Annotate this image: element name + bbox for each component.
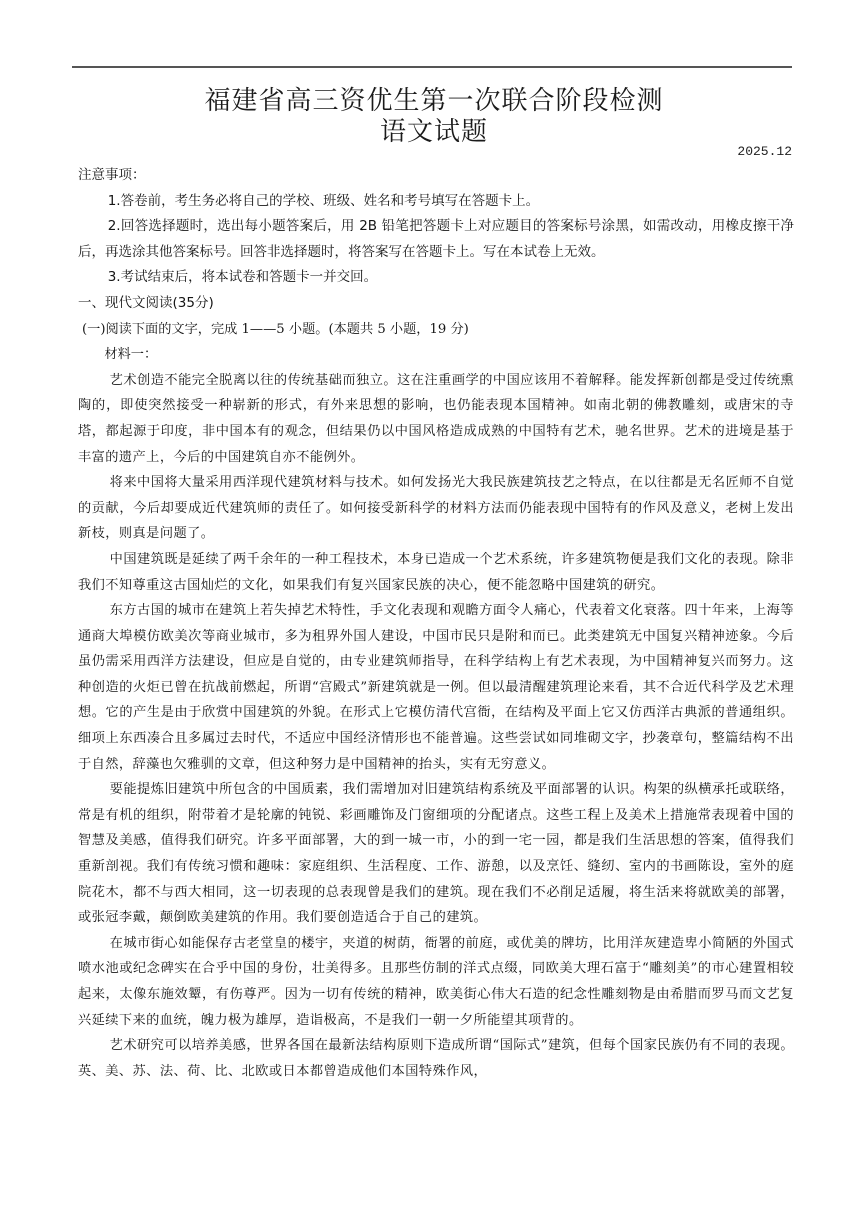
body-paragraph: 艺术创造不能完全脱离以往的传统基础而独立。这在注重画学的中国应该用不着解释。能发… [78,368,794,470]
body-paragraph: 要能提炼旧建筑中所包含的中国质素，我们需增加对旧建筑结构系统及平面部署的认识。构… [78,777,794,931]
document-body: 注意事项： 1.答卷前，考生务必将自己的学校、班级、姓名和考号填写在答题卡上。 … [78,163,794,1084]
notice-item: 2.回答选择题时，选出每小题答案后，用 2B 铅笔把答题卡上对应题目的答案标号涂… [78,214,794,265]
document-subtitle: 语文试题 [0,111,868,148]
body-paragraph: 将来中国将大量采用西洋现代建筑材料与技术。如何发扬光大我民族建筑技艺之特点，在以… [78,470,794,547]
body-paragraph: 中国建筑既是延续了两千余年的一种工程技术，本身已造成一个艺术系统，许多建筑物便是… [78,547,794,598]
body-paragraph: 在城市街心如能保存古老堂皇的楼宇，夹道的树荫，衙署的前庭，或优美的牌坊，比用洋灰… [78,931,794,1033]
body-paragraph: 艺术研究可以培养美感，世界各国在最新法结构原则下造成所谓“国际式”建筑，但每个国… [78,1033,794,1084]
subsection-heading: (一)阅读下面的文字，完成 1——5 小题。(本题共 5 小题，19 分) [78,317,794,343]
notice-item: 1.答卷前，考生务必将自己的学校、班级、姓名和考号填写在答题卡上。 [78,189,794,215]
exam-page: 福建省高三资优生第一次联合阶段检测 语文试题 2025.12 注意事项： 1.答… [0,0,868,1227]
material-label: 材料一： [78,342,794,368]
exam-date: 2025.12 [737,144,792,159]
section-heading: 一、现代文阅读(35分) [78,291,794,317]
notice-heading: 注意事项： [78,163,794,189]
notice-item: 3.考试结束后，将本试卷和答题卡一并交回。 [78,265,794,291]
body-paragraph: 东方古国的城市在建筑上若失掉艺术特性，手文化表现和观瞻方面令人痛心，代表着文化衰… [78,598,794,777]
header-rule [72,66,792,68]
